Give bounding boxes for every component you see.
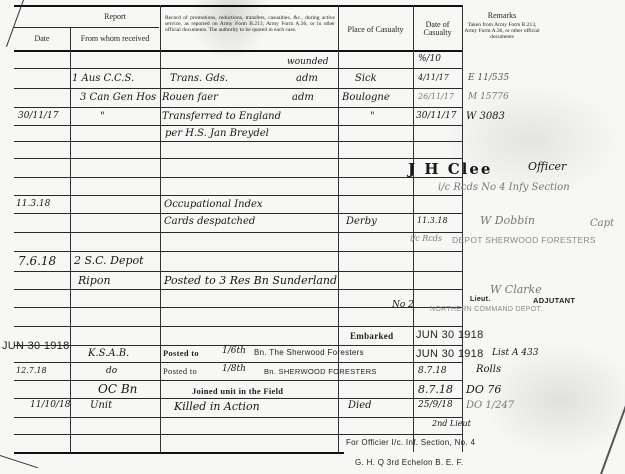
header-remarks-sub: Taken from Army Form B.213, Army Form A.… — [462, 22, 542, 40]
row-line — [14, 68, 462, 69]
posted-unit: Bn. The Sherwood Foresters — [254, 348, 364, 357]
from-whom: Unit — [90, 400, 112, 411]
row-line — [14, 88, 462, 89]
row-line — [14, 362, 462, 363]
place-of-casualty: Sick — [355, 73, 377, 84]
date-casualty: 8.7.18 — [418, 366, 447, 376]
header-rule — [14, 50, 462, 52]
number-note: No 2 — [392, 300, 414, 310]
posted-to-label: Posted to — [163, 348, 199, 358]
record-entry: Occupational Index — [164, 199, 263, 210]
row-line — [14, 289, 462, 290]
report-date-stamp: JUN 30 1918 — [2, 340, 70, 352]
date-casualty: 30/11/17 — [416, 111, 456, 121]
report-date: 11.3.18 — [16, 199, 50, 209]
top-rule — [14, 5, 462, 7]
embarked-date: JUN 30 1918 — [416, 329, 484, 341]
row-line — [14, 232, 462, 233]
place-of-casualty: " — [370, 111, 375, 122]
report-date: 7.6.18 — [18, 254, 56, 268]
date-casualty: 4/11/17 — [418, 73, 449, 82]
row-line — [14, 380, 462, 381]
header-place: Place of Casualty — [338, 26, 413, 34]
place-of-casualty: Derby — [346, 216, 377, 227]
row-line — [14, 417, 462, 418]
from-whom: Ripon — [78, 274, 111, 287]
signatory-rank: 2nd Lieut — [432, 419, 471, 428]
row-line — [14, 251, 462, 252]
from-whom: OC Bn — [98, 382, 137, 396]
header-date: Date — [14, 35, 70, 43]
report-underline — [14, 27, 159, 28]
date-casualty: 26/11/17 — [418, 92, 454, 101]
report-date: 30/11/17 — [18, 111, 58, 121]
footer-officer-stamp: For Officier I/c. Inf. Section, No. 4 — [346, 438, 475, 447]
service-record-form: Report Date From whom received Record of… — [0, 0, 625, 474]
record-entry: Joined unit in the Field — [192, 386, 283, 396]
posted-battalion: 1/6th — [222, 346, 246, 356]
footer-ghq-stamp: G. H. Q 3rd Echelon B. E. F. — [355, 458, 463, 467]
col-divider-date — [70, 27, 71, 452]
place-of-casualty: Died — [348, 400, 372, 411]
record-entry: per H.S. Jan Breydel — [165, 128, 269, 139]
date-casualty: 11.3.18 — [417, 216, 448, 225]
row-line — [14, 141, 462, 142]
posted-battalion: 1/8th — [222, 364, 246, 374]
date-casualty: 8.7.18 — [418, 383, 453, 396]
header-report: Report — [70, 13, 160, 21]
remarks: List A 433 — [492, 348, 539, 358]
report-date: 12.7.18 — [16, 366, 47, 375]
remarks: E 11/535 — [468, 73, 509, 83]
from-whom: 3 Can Gen Hos — [80, 92, 156, 103]
place-of-casualty: Boulogne — [342, 92, 390, 103]
captain-signature: W Dobbin — [480, 214, 535, 227]
adjutant-signature: W Clarke — [490, 283, 542, 296]
margin-stroke — [0, 455, 38, 468]
col-divider-from — [160, 5, 161, 452]
col-divider-record — [338, 5, 339, 452]
row-line — [14, 107, 462, 108]
record-entry: Transferred to England — [162, 111, 281, 122]
header-record: Record of promotions, reductions, transf… — [165, 15, 335, 33]
record-entry-right: adm — [296, 73, 318, 84]
row-line — [14, 125, 462, 126]
from-whom: " — [100, 111, 105, 122]
northern-command-stamp: NORTHERN COMMAND DEPOT. — [430, 306, 543, 313]
remarks: DO 1/247 — [466, 400, 514, 411]
header-from-whom: From whom received — [70, 35, 160, 43]
row-line — [14, 326, 462, 327]
report-date: 11/10/18 — [30, 400, 70, 410]
from-whom: K.S.A.B. — [88, 348, 129, 359]
row-line — [14, 177, 462, 178]
remarks: DO 76 — [466, 383, 501, 396]
posted-to-label: Posted to — [163, 366, 197, 376]
lieut-label: Lieut. — [470, 296, 490, 303]
bottom-rule — [14, 452, 344, 454]
col-divider-place — [413, 5, 414, 452]
margin-stroke — [600, 399, 625, 474]
row-line — [14, 158, 462, 159]
date-casualty-stamp: JUN 30 1918 — [416, 348, 484, 360]
row-line — [14, 398, 462, 399]
remarks: Rolls — [476, 364, 501, 375]
row-line — [14, 434, 462, 435]
embarked-label: Embarked — [350, 331, 393, 341]
record-entry: Cards despatched — [164, 216, 255, 227]
section-note: i/c Rcds No 4 Infy Section — [438, 182, 570, 193]
row-line — [14, 195, 462, 196]
remarks: M 15776 — [468, 92, 509, 102]
date-casualty: %/10 — [418, 54, 441, 64]
record-entry: Killed in Action — [174, 400, 260, 413]
col-divider-datecas — [462, 5, 463, 452]
depot-stamp: DEPOT SHERWOOD FORESTERS — [452, 235, 596, 245]
from-whom: 2 S.C. Depot — [74, 254, 144, 267]
record-entry: wounded — [287, 57, 329, 67]
record-entry-right: adm — [292, 92, 314, 103]
from-whom: 1 Aus C.C.S. — [72, 73, 134, 84]
adjutant-stamp: ADJUTANT — [533, 296, 575, 305]
header-remarks: Remarks — [462, 12, 542, 20]
from-whom: do — [106, 366, 117, 376]
posted-unit: Bn. SHERWOOD FORESTERS — [264, 367, 377, 376]
row-line — [14, 271, 462, 272]
officer-title: Officer — [528, 160, 566, 173]
header-date-casualty: Date of Casualty — [413, 21, 462, 37]
date-casualty: 25/9/18 — [418, 400, 453, 410]
record-entry: Rouen faer — [162, 92, 218, 103]
captain-title: Capt — [590, 218, 614, 229]
row-line — [14, 213, 462, 214]
remarks: W 3083 — [466, 111, 505, 122]
stamp-prefix: i/c Rcds — [410, 234, 442, 243]
officer-signature: J H Clee — [408, 160, 492, 178]
record-entry: Trans. Gds. — [170, 73, 228, 84]
record-entry: Posted to 3 Res Bn Sunderland — [164, 274, 337, 287]
